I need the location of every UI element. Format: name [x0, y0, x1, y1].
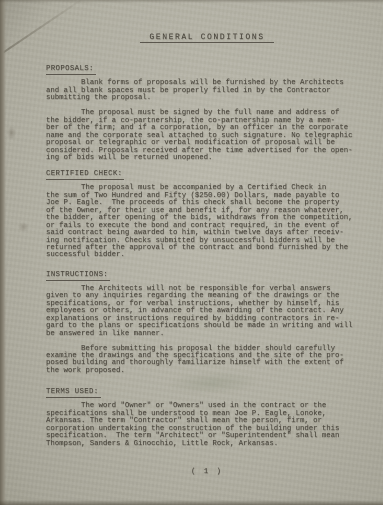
page-title-text: GENERAL CONDITIONS	[140, 34, 273, 43]
margin-smudge	[18, 222, 29, 232]
section-certified-check: CERTIFIED CHECK: The proposal must be ac…	[46, 162, 368, 259]
page-title: GENERAL CONDITIONS	[46, 34, 368, 43]
section-heading-certified-check: CERTIFIED CHECK:	[46, 171, 124, 180]
paragraph: The proposal must be signed by the full …	[46, 110, 368, 162]
section-heading-proposals: PROPOSALS:	[46, 66, 96, 75]
typewritten-content: GENERAL CONDITIONS PROPOSALS: Blank form…	[46, 0, 368, 476]
section-terms-used: TERMS USED: The word "Owner" or "Owners"…	[46, 375, 368, 448]
section-instructions: INSTRUCTIONS: The Architects will not be…	[46, 260, 368, 375]
paragraph: The word "Owner" or "Owners" used in the…	[46, 403, 368, 448]
section-proposals: PROPOSALS: Blank forms of proposals will…	[46, 43, 368, 162]
page-left-edge-shadow	[0, 0, 6, 505]
page-number: ( 1 )	[46, 469, 368, 476]
page-bottom-edge-shadow	[0, 500, 383, 505]
section-heading-instructions: INSTRUCTIONS:	[46, 272, 110, 281]
paragraph: The proposal must be accompanied by a Ce…	[46, 185, 368, 260]
paragraph: Blank forms of proposals will be furnish…	[46, 80, 368, 102]
paragraph: The Architects will not be responsible f…	[46, 286, 368, 338]
scanned-document-page: GENERAL CONDITIONS PROPOSALS: Blank form…	[0, 0, 383, 505]
margin-smudge	[7, 126, 16, 140]
paragraph: Before submitting his proposal the bidde…	[46, 346, 368, 376]
section-heading-terms-used: TERMS USED:	[46, 389, 101, 398]
